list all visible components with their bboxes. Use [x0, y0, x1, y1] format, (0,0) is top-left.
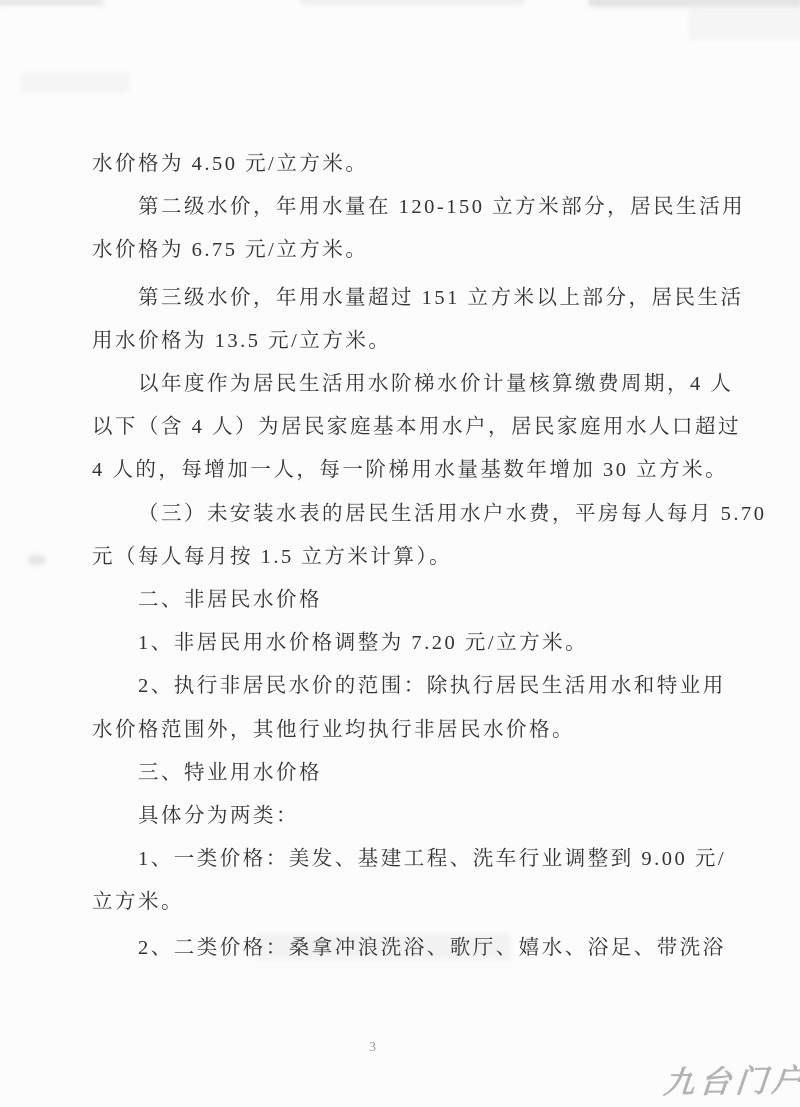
doc-line: 第三级水价，年用水量超过 151 立方米以上部分，居民生活 [92, 277, 717, 320]
doc-line: 2、执行非居民水价的范围：除执行居民生活用水和特业用 [92, 665, 717, 708]
doc-line: 具体分为两类： [92, 795, 717, 838]
doc-line: 4 人的，每增加一人，每一阶梯用水量基数年增加 30 立方米。 [92, 449, 717, 492]
scan-smudge [20, 72, 130, 94]
doc-line: 2、二类价格：桑拿冲浪洗浴、歌厅、嬉水、浴足、带洗浴 [92, 927, 717, 970]
doc-line: 水价格为 6.75 元/立方米。 [92, 229, 717, 272]
doc-line: 元（每人每月按 1.5 立方米计算）。 [92, 536, 717, 579]
doc-line: 水价格范围外，其他行业均执行非居民水价格。 [92, 709, 717, 752]
scan-smudge [300, 0, 525, 5]
doc-line: 二、非居民水价格 [92, 579, 717, 622]
doc-line: 水价格为 4.50 元/立方米。 [92, 143, 717, 186]
doc-line: 以下（含 4 人）为居民家庭基本用水户，居民家庭用水人口超过 [92, 406, 717, 449]
doc-line: 1、非居民用水价格调整为 7.20 元/立方米。 [92, 622, 717, 665]
doc-line: （三）未安装水表的居民生活用水户水费，平房每人每月 5.70 [92, 493, 717, 536]
document-body: 水价格为 4.50 元/立方米。 第二级水价，年用水量在 120-150 立方米… [92, 143, 717, 970]
doc-line: 第二级水价，年用水量在 120-150 立方米部分，居民生活用 [92, 186, 717, 229]
page-number: 3 [369, 1040, 376, 1056]
scan-smudge [688, 6, 800, 40]
doc-line: 1、一类价格：美发、基建工程、洗车行业调整到 9.00 元/ [92, 838, 717, 881]
scan-smudge [588, 0, 800, 7]
watermark: 九台门户 [662, 1055, 800, 1103]
scan-smudge [28, 555, 46, 565]
scanned-page: 水价格为 4.50 元/立方米。 第二级水价，年用水量在 120-150 立方米… [0, 0, 800, 1107]
doc-line: 三、特业用水价格 [92, 752, 717, 795]
scan-smudge [0, 0, 104, 6]
doc-line: 用水价格为 13.5 元/立方米。 [92, 320, 717, 363]
doc-line: 以年度作为居民生活用水阶梯水价计量核算缴费周期，4 人 [92, 363, 717, 406]
doc-line: 立方米。 [92, 881, 717, 924]
